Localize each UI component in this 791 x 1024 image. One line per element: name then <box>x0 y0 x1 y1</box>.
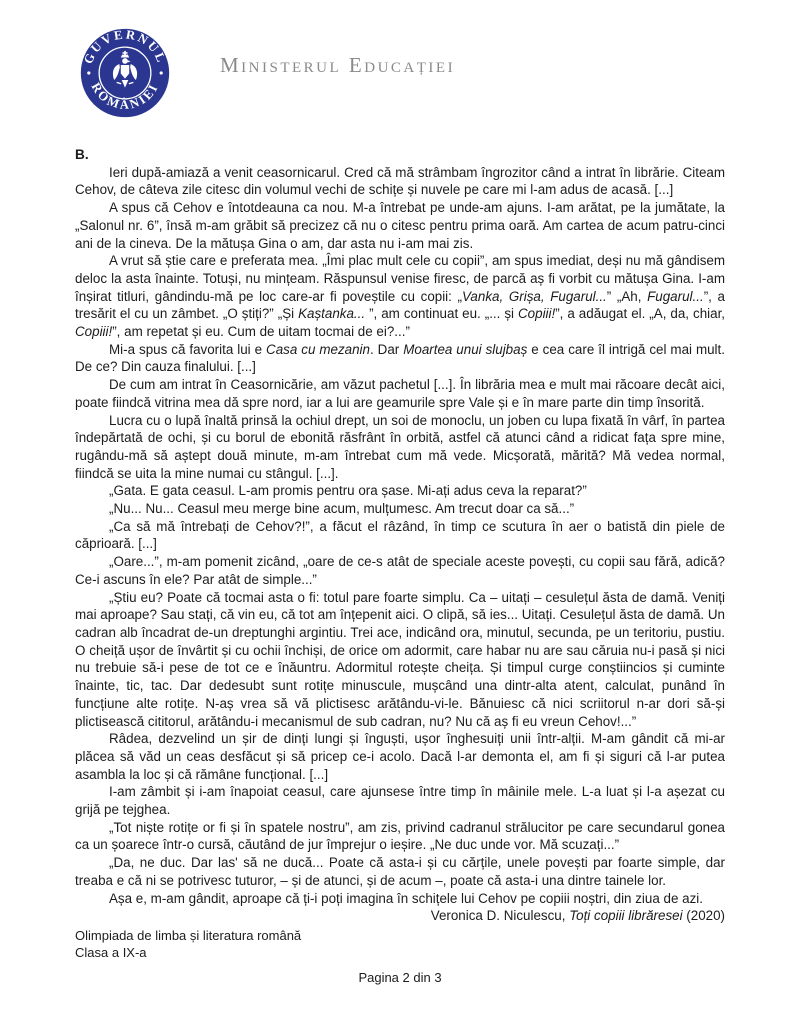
passage-block: B. Ieri după-amiază a venit ceasornicaru… <box>75 146 725 925</box>
paragraph: Mi-a spus că favorita lui e Casa cu meza… <box>75 341 725 376</box>
paragraph: A spus că Cehov e întotdeauna ca nou. M-… <box>75 199 725 252</box>
footer-olympiad-title: Olimpiada de limba și literatura română <box>75 928 725 945</box>
paragraph: Lucra cu o lupă înaltă prinsă la ochiul … <box>75 412 725 483</box>
government-of-romania-seal-icon: GUVERNUL ROMÂNIEI <box>78 26 172 120</box>
paragraph: Așa e, m-am gândit, aproape că ți-i poți… <box>75 890 725 908</box>
paragraph: „Oare...”, m-am pomenit zicând, „oare de… <box>75 553 725 588</box>
paragraph: Râdea, dezvelind un șir de dinți lungi ș… <box>75 730 725 783</box>
paragraph: A vrut să știe care e preferata mea. „Îm… <box>75 252 725 341</box>
paragraph: „Știu eu? Poate că tocmai asta o fi: tot… <box>75 589 725 731</box>
paragraph: „Nu... Nu... Ceasul meu merge bine acum,… <box>75 500 725 518</box>
source-attribution: Veronica D. Niculescu, Toți copiii libră… <box>75 907 725 925</box>
ministry-name: Ministerul Educației <box>220 53 455 78</box>
footer-grade: Clasa a IX-a <box>75 945 725 962</box>
paragraph: „Tot niște rotițe or fi și în spatele no… <box>75 819 725 854</box>
document-page: GUVERNUL ROMÂNIEI Ministerul <box>0 0 791 1024</box>
paragraph: Ieri după-amiază a venit ceasornicarul. … <box>75 164 725 199</box>
page-number-indicator: Pagina 2 din 3 <box>75 970 725 987</box>
paragraph: „Da, ne duc. Dar las' să ne ducă... Poat… <box>75 854 725 889</box>
paragraph: „Gata. E gata ceasul. L-am promis pentru… <box>75 482 725 500</box>
page-header: GUVERNUL ROMÂNIEI Ministerul <box>78 26 455 120</box>
passage: Ieri după-amiază a venit ceasornicarul. … <box>75 164 725 908</box>
paragraph: I-am zâmbit și i-am înapoiat ceasul, car… <box>75 783 725 818</box>
section-label: B. <box>75 146 725 164</box>
paragraph: „Ca să mă întrebați de Cehov?!”, a făcut… <box>75 518 725 553</box>
paragraph: De cum am intrat în Ceasornicărie, am vă… <box>75 376 725 411</box>
page-footer: Olimpiada de limba și literatura română … <box>75 928 725 987</box>
